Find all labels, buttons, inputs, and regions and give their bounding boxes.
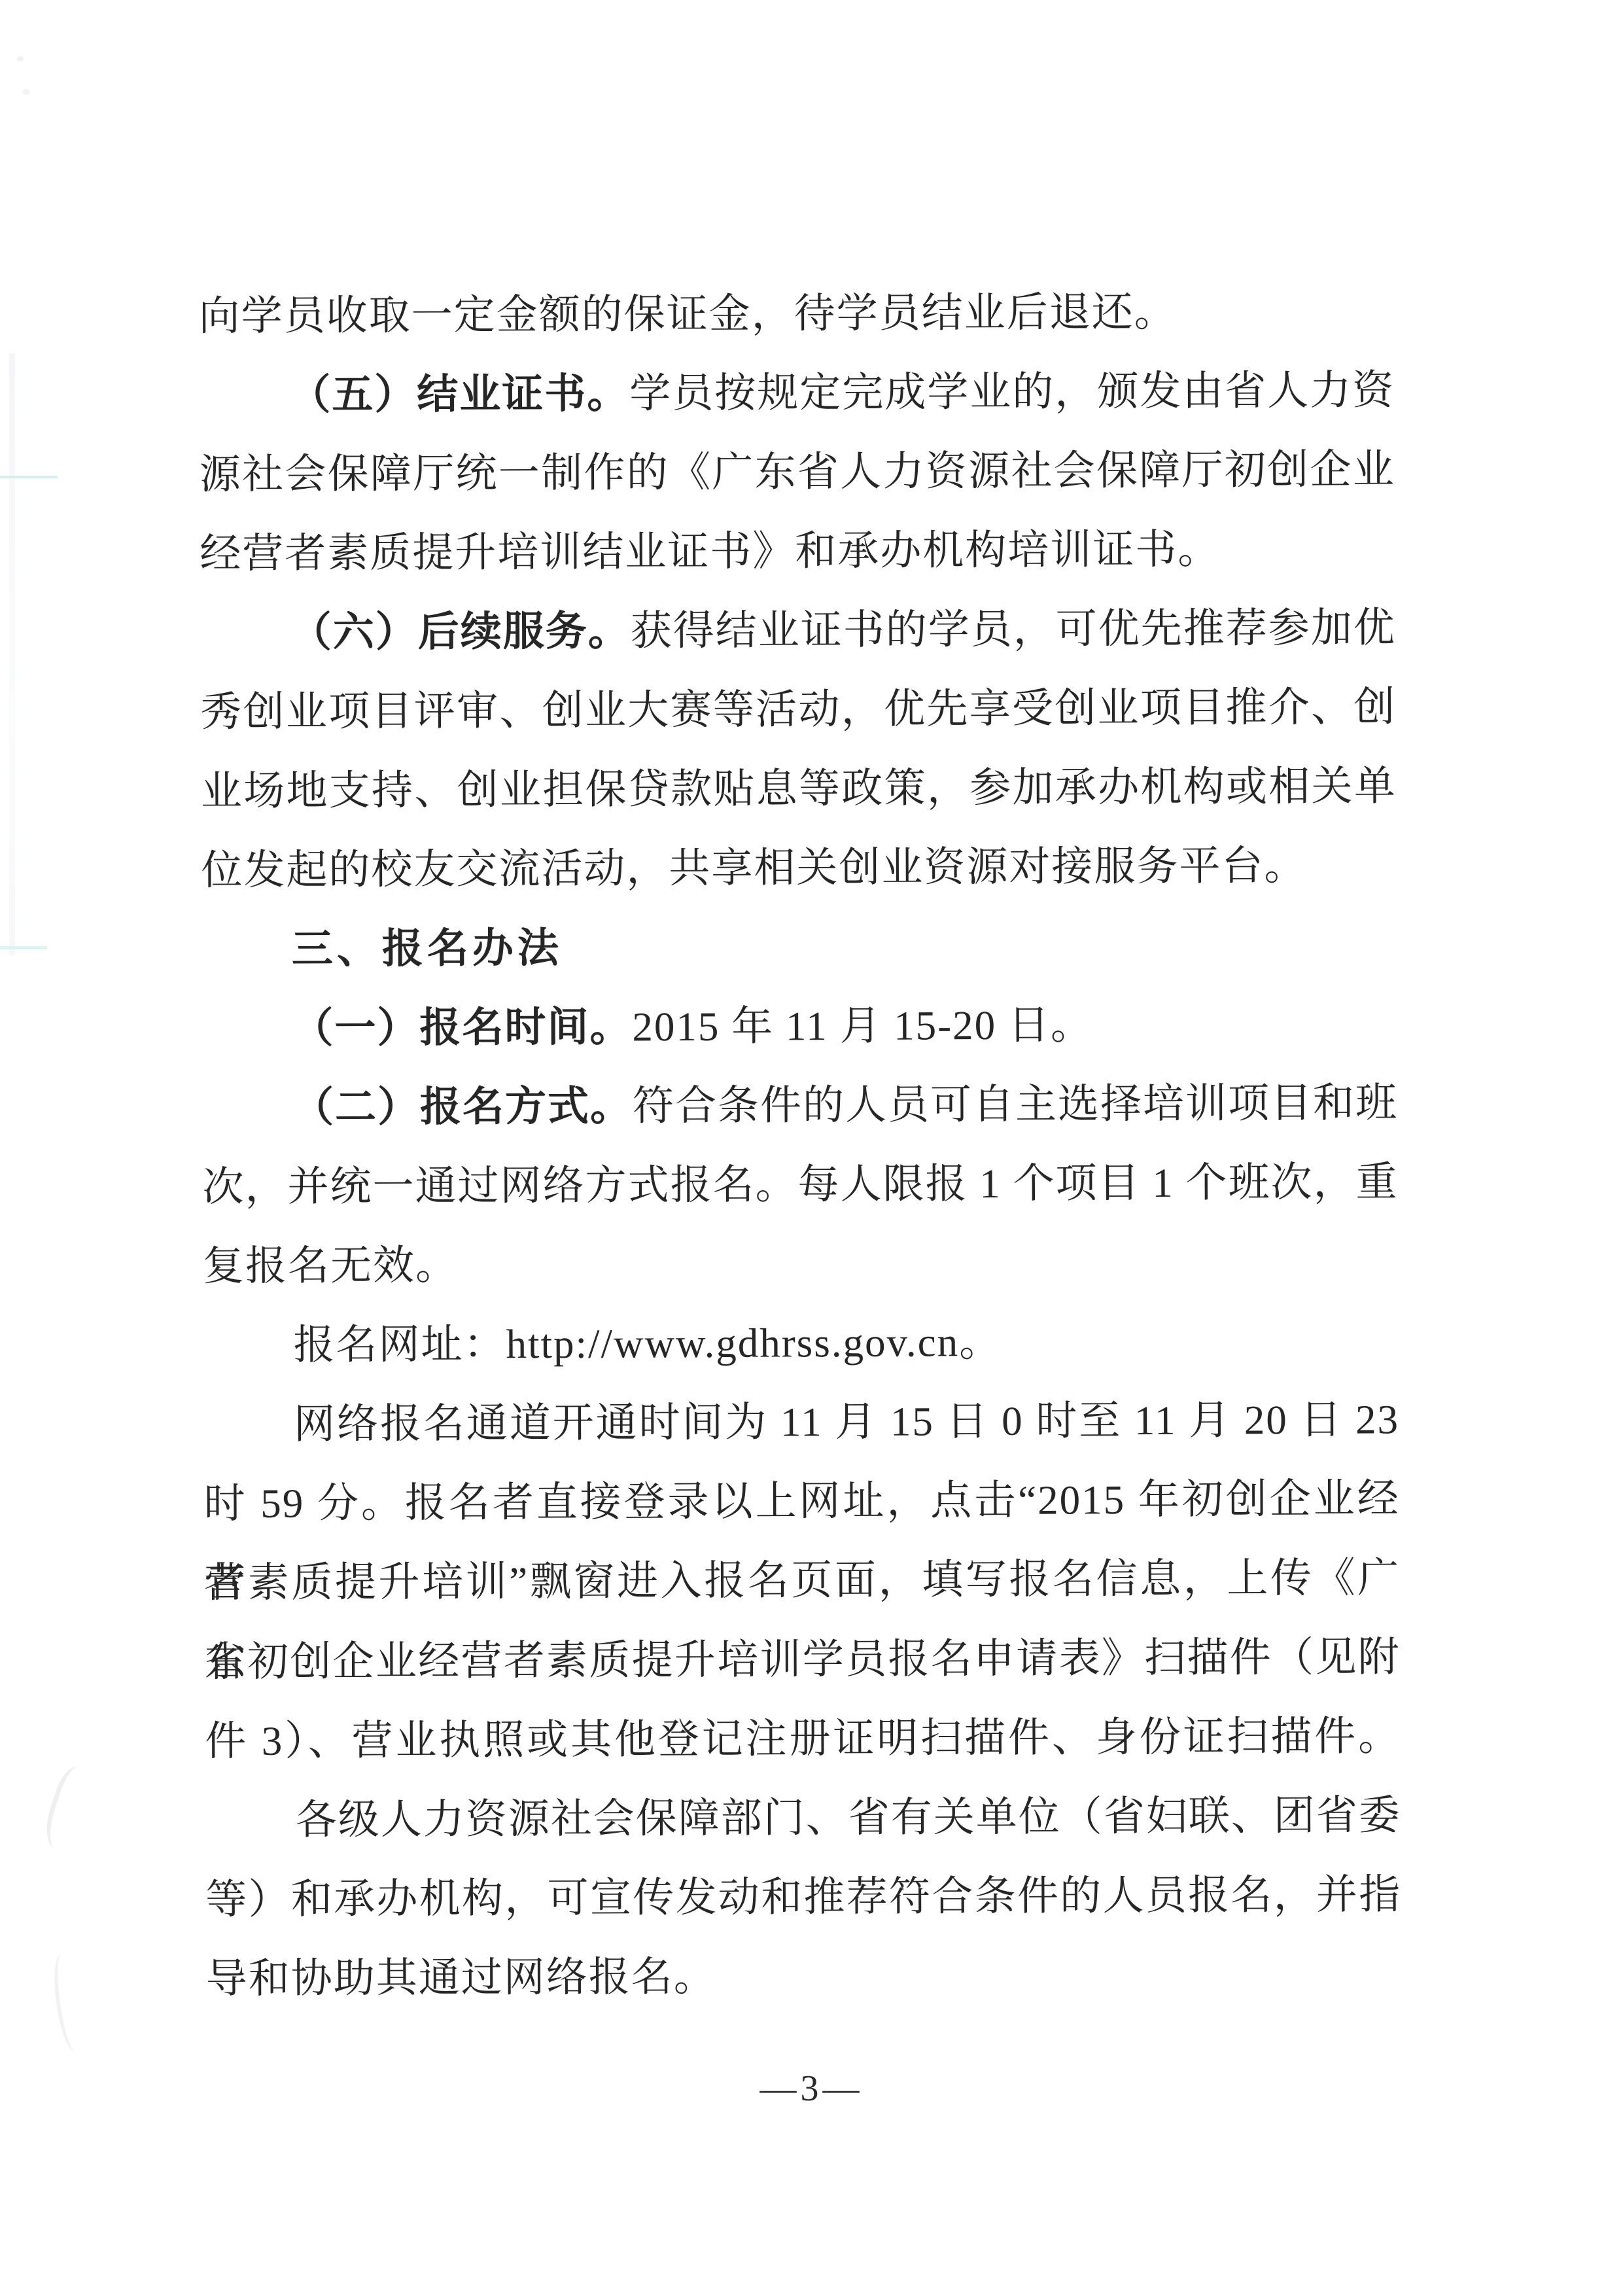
line-text: 次，并统一通过网络方式报名。每人限报 1 个项目 1 个班次，重 — [202, 1159, 1398, 1210]
text-line: 源社会保障厅统一制作的《广东省人力资源社会保障厅初创企业 — [200, 430, 1396, 514]
scan-speck — [17, 56, 24, 62]
section-label: （一）报名时间。 — [292, 1004, 632, 1051]
scan-cyan-mark — [0, 946, 47, 949]
line-text: 导和协助其通过网络报名。 — [206, 1954, 716, 2002]
text-line: 者素质提升培训”飘窗进入报名页面，填写报名信息，上传《广东 — [204, 1538, 1401, 1623]
url-label: 报名网址： — [293, 1321, 506, 1368]
scan-smudge — [39, 1763, 101, 1856]
scan-cyan-mark — [0, 476, 58, 478]
heading-label: 三、报名办法 — [292, 925, 563, 972]
scan-speck — [22, 89, 30, 95]
text-line-section-2: （二）报名方式。符合条件的人员可自主选择培训项目和班 — [202, 1063, 1399, 1148]
text-line: 次，并统一通过网络方式报名。每人限报 1 个项目 1 个班次，重 — [202, 1142, 1399, 1227]
text-line: 等）和承办机构，可宣传发动和推荐符合条件的人员报名，并指 — [205, 1855, 1402, 1939]
text-line: 时 59 分。报名者直接登录以上网址，点击“2015 年初创企业经营 — [203, 1459, 1400, 1544]
text-line: 向学员收取一定金额的保证金，待学员结业后退还。 — [198, 272, 1395, 356]
scan-smudge — [50, 1952, 87, 2053]
text-line: 位发起的校友交流活动，共享相关创业资源对接服务平台。 — [201, 826, 1397, 910]
document-body: 向学员收取一定金额的保证金，待学员结业后退还。 （五）结业证书。学员按规定完成学… — [198, 272, 1402, 2019]
page-number: —3— — [0, 2068, 1623, 2110]
section-label: （二）报名方式。 — [292, 1083, 633, 1130]
line-text: 业场地支持、创业担保贷款贴息等政策，参加承办机构或相关单 — [201, 763, 1397, 814]
line-text: 向学员收取一定金额的保证金，待学员结业后退还。 — [199, 289, 1177, 340]
line-text: 学员按规定完成学业的，颁发由省人力资 — [629, 367, 1395, 416]
line-text: 位发起的校友交流活动，共享相关创业资源对接服务平台。 — [201, 843, 1306, 893]
text-line: 秀创业项目评审、创业大赛等活动，优先享受创业项目推介、创 — [200, 667, 1397, 752]
scanned-document-page: 向学员收取一定金额的保证金，待学员结业后退还。 （五）结业证书。学员按规定完成学… — [0, 0, 1623, 2296]
line-text: 等）和承办机构，可宣传发动和推荐符合条件的人员报名，并指 — [205, 1871, 1401, 1922]
text-line-registration-url: 报名网址：http://www.gdhrss.gov.cn。 — [203, 1301, 1399, 1385]
text-line: 复报名无效。 — [203, 1222, 1399, 1306]
enrollment-dates: 2015 年 11 月 15-20 日。 — [632, 1002, 1093, 1050]
line-text: 秀创业项目评审、创业大赛等活动，优先享受创业项目推介、创 — [200, 684, 1396, 735]
line-text: 复报名无效。 — [203, 1243, 458, 1290]
line-text: 经营者素质提升培训结业证书》和承办机构培训证书。 — [200, 527, 1220, 577]
text-line: 经营者素质提升培训结业证书》和承办机构培训证书。 — [200, 509, 1396, 593]
section-label: （六）后续服务。 — [290, 608, 631, 655]
text-line-section-1: （一）报名时间。2015 年 11 月 15-20 日。 — [201, 984, 1398, 1069]
scan-streak-artifact — [9, 353, 15, 955]
line-text: 符合条件的人员可自主选择培训项目和班 — [633, 1080, 1398, 1129]
text-line: 件 3）、营业执照或其他登记注册证明扫描件、身份证扫描件。 — [205, 1697, 1401, 1781]
text-line: 业场地支持、创业担保贷款贴息等政策，参加承办机构或相关单 — [201, 747, 1397, 831]
text-line: 导和协助其通过网络报名。 — [206, 1934, 1403, 2019]
registration-url: http://www.gdhrss.gov.cn。 — [506, 1319, 1002, 1367]
text-line: 网络报名通道开通时间为 11 月 15 日 0 时至 11 月 20 日 23 — [203, 1380, 1400, 1464]
line-text: 各级人力资源社会保障部门、省有关单位（省妇联、团省委 — [296, 1792, 1401, 1843]
section-label: （五）结业证书。 — [289, 370, 629, 417]
text-line: 省初创企业经营者素质提升培训学员报名申请表》扫描件（见附 — [204, 1617, 1401, 1702]
text-line-section-6: （六）后续服务。获得结业证书的学员，可优先推荐参加优 — [200, 588, 1397, 673]
line-text: 省初创企业经营者素质提升培训学员报名申请表》扫描件（见附 — [205, 1634, 1401, 1685]
line-text: 网络报名通道开通时间为 11 月 15 日 0 时至 11 月 20 日 23 — [294, 1396, 1399, 1447]
line-text: 获得结业证书的学员，可优先推荐参加优 — [631, 605, 1396, 654]
line-text: 件 3）、营业执照或其他登记注册证明扫描件、身份证扫描件。 — [205, 1713, 1401, 1764]
text-line-section-5: （五）结业证书。学员按规定完成学业的，颁发由省人力资 — [199, 351, 1395, 435]
line-text: 源社会保障厅统一制作的《广东省人力资源社会保障厅初创企业 — [200, 446, 1395, 497]
text-line: 各级人力资源社会保障部门、省有关单位（省妇联、团省委 — [205, 1776, 1401, 1860]
section-heading-3: 三、报名办法 — [201, 905, 1398, 989]
